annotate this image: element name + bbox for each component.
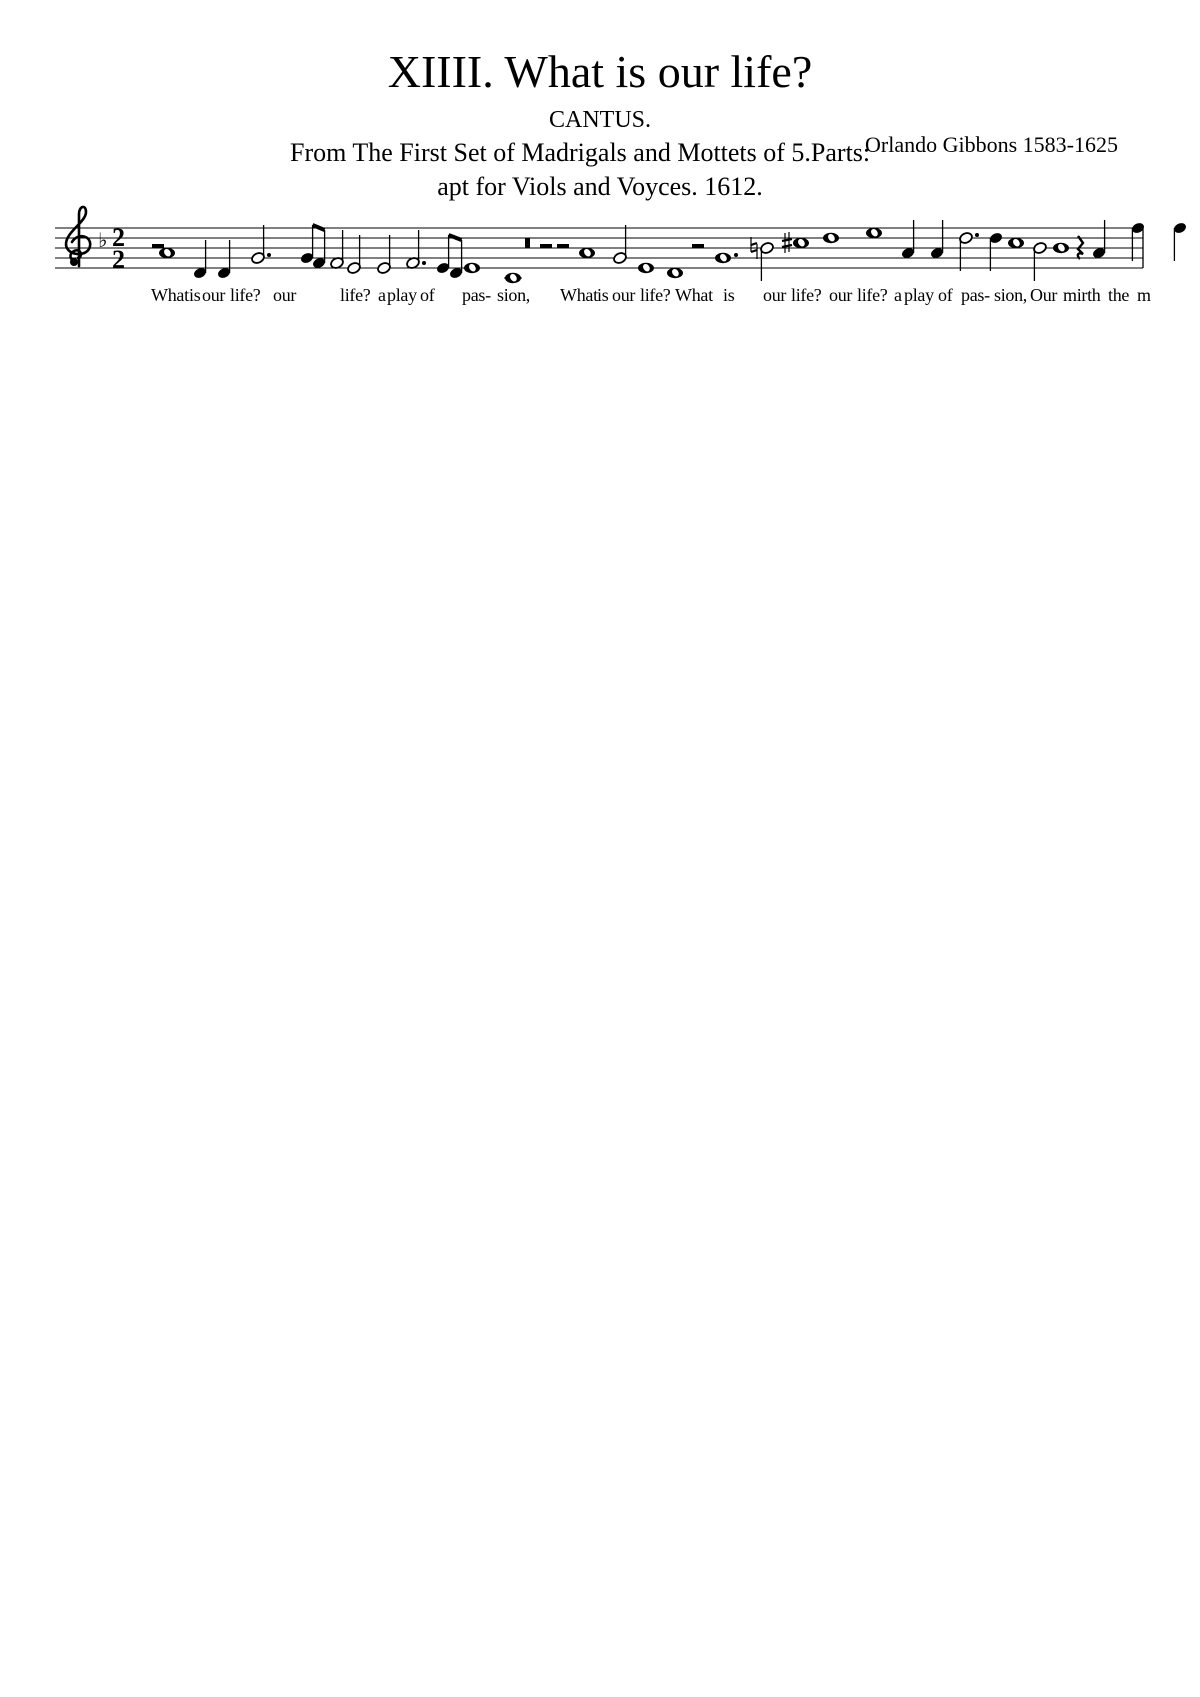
note-quarter — [216, 240, 231, 280]
lyric-syllable: What — [560, 284, 598, 306]
note-half-dotted — [958, 231, 979, 271]
note-half — [1032, 241, 1047, 281]
note-quarter — [900, 220, 915, 260]
lyric-syllable: the — [1108, 284, 1129, 306]
note-rest-whole-bar — [525, 238, 530, 248]
note-eighth — [311, 230, 326, 270]
lyric-syllable: life? — [857, 284, 887, 306]
lyric-syllable: is — [597, 284, 608, 306]
note-whole — [1008, 238, 1024, 248]
lyric-syllable: our — [202, 284, 225, 306]
lyric-syllable: life? — [640, 284, 670, 306]
note-half — [612, 225, 627, 265]
note-rest-half — [692, 244, 704, 248]
lyric-syllable: a — [894, 284, 902, 306]
note-whole — [464, 263, 480, 273]
lyric-syllable: is — [189, 284, 200, 306]
key-signature-flat-icon: ♭ — [98, 228, 107, 252]
lyric-syllable: life? — [340, 284, 370, 306]
lyric-syllable: life? — [791, 284, 821, 306]
note-whole — [579, 248, 595, 258]
lyric-syllable: sion, — [994, 284, 1027, 306]
lyric-syllable: of — [938, 284, 952, 306]
lyric-syllable: What — [151, 284, 189, 306]
note-rest-half — [540, 244, 552, 248]
lyric-syllable: play — [387, 284, 417, 306]
note-half-dotted — [250, 225, 271, 265]
lyric-syllable: pas- — [961, 284, 990, 306]
note-whole — [667, 268, 683, 278]
lyric-syllable: of — [420, 284, 434, 306]
note-half — [329, 230, 344, 270]
lyric-syllable: our — [273, 284, 296, 306]
note-whole — [638, 263, 654, 273]
note-whole — [1053, 243, 1069, 253]
note-quarter — [929, 220, 944, 260]
note-whole — [159, 248, 175, 258]
note-eighth — [299, 225, 314, 265]
note-eighth — [435, 235, 450, 275]
lyrics-line: Whatisourlife?ourlife?aplayofpas-sion,Wh… — [0, 284, 1200, 308]
treble-clef-icon — [66, 207, 90, 266]
music-staff: ♭ 2 2 — [0, 0, 1200, 320]
lyric-syllable: pas- — [462, 284, 491, 306]
time-signature-denominator: 2 — [112, 245, 125, 274]
lyric-syllable: life? — [230, 284, 260, 306]
note-eighth — [448, 240, 463, 280]
note-half — [376, 235, 391, 275]
lyric-syllable: our — [612, 284, 635, 306]
lyric-syllable: a — [378, 284, 386, 306]
note-whole — [866, 228, 882, 238]
note-quarter — [988, 231, 1003, 271]
note-half — [346, 235, 361, 275]
lyric-syllable: is — [723, 284, 734, 306]
note-quarter — [1091, 220, 1106, 260]
lyric-syllable: our — [829, 284, 852, 306]
note-half — [751, 237, 775, 281]
lyric-syllable: sion, — [497, 284, 530, 306]
beam — [313, 225, 325, 230]
lyric-syllable: What — [675, 284, 713, 306]
notes-layer — [152, 220, 1188, 283]
note-whole — [504, 273, 522, 283]
note-rest-half — [152, 244, 164, 248]
lyric-syllable: mirth — [1063, 284, 1101, 306]
staff-lines — [55, 228, 1143, 268]
lyric-syllable: play — [904, 284, 934, 306]
note-whole — [823, 233, 839, 243]
note-whole — [782, 232, 809, 253]
lyric-syllable: Our — [1030, 284, 1057, 306]
lyric-syllable: m — [1137, 284, 1151, 306]
note-quarter — [192, 240, 207, 280]
lyric-syllable: our — [763, 284, 786, 306]
note-quarter — [1172, 221, 1187, 261]
beam — [449, 235, 462, 240]
note-rest-half — [557, 244, 569, 248]
note-half-dotted — [405, 230, 426, 270]
